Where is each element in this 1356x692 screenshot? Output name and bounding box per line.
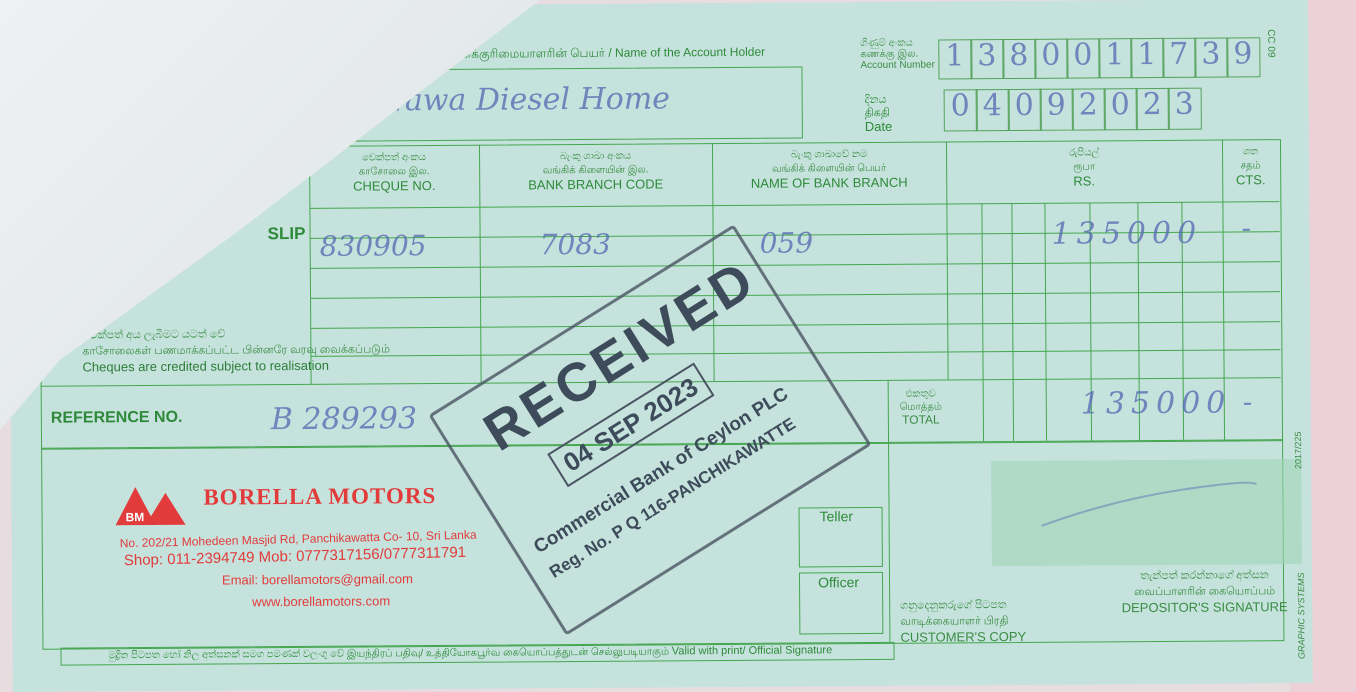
account-number-label: ගිණුම් අංකය கணக்கு இல. Account Number <box>860 38 935 72</box>
signature-scribble <box>1031 469 1261 541</box>
depositor-signature-label: තැන්පත් කරන්නාගේ අත්සනவைப்பாளரின் கையொப்… <box>1112 567 1297 616</box>
bm-logo: BM <box>115 483 165 525</box>
digit-box[interactable]: 1 <box>1098 38 1132 78</box>
digit-value: 3 <box>1175 87 1194 122</box>
merchant-web: www.borellamotors.com <box>252 593 390 609</box>
total-label: එකතුවமொத்தம்TOTAL <box>891 387 951 426</box>
digit-box[interactable]: 0 <box>1066 38 1100 78</box>
digit-value: 4 <box>983 88 1002 123</box>
digit-value: 1 <box>1105 37 1124 72</box>
digit-box[interactable]: 2 <box>1136 88 1170 130</box>
svg-text:BM: BM <box>126 510 145 524</box>
account-holder-label: கணக்குரிமையாளரின் பெயர் / Name of the Ac… <box>448 45 765 63</box>
teller-label: Teller <box>820 508 854 524</box>
total-cts-value: - <box>1243 385 1253 418</box>
total-rs-value: 135000 <box>1081 385 1232 421</box>
reference-label: REFERENCE NO. <box>51 409 183 428</box>
digit-box[interactable]: 0 <box>1008 89 1042 131</box>
col-header-cts: ශතசதம்CTS. <box>1222 145 1279 187</box>
merchant-email: Email: borellamotors@gmail.com <box>222 571 413 587</box>
printer-name: GRAPHIC SYSTEMS <box>1296 572 1307 659</box>
digit-value: 0 <box>1041 38 1060 73</box>
digit-value: 1 <box>945 38 964 73</box>
digit-box[interactable]: 2 <box>1072 88 1106 130</box>
date-field[interactable]: 04092023 <box>944 88 1200 130</box>
digit-box[interactable]: 4 <box>976 89 1010 131</box>
digit-value: 1 <box>1137 37 1156 72</box>
branch-code-value: 7083 <box>540 228 611 261</box>
digit-value: 7 <box>1169 37 1188 72</box>
digit-value: 2 <box>1143 87 1162 122</box>
col-header-rs: රුපියල්ரூபாRS. <box>946 146 1222 190</box>
digit-box[interactable]: 8 <box>1002 39 1036 79</box>
account-number-field[interactable]: 1380011739 <box>938 37 1258 77</box>
digit-box[interactable]: 0 <box>1034 39 1068 79</box>
officer-label: Officer <box>818 574 859 590</box>
reference-value: B 289293 <box>271 401 417 437</box>
col-header-branch-code: බැංකු ශාඛා අංකයவங்கிக் கிளையின் இல.BANK … <box>479 149 712 193</box>
col-header-branch-name: බැංකු ශාඛාවේ නමவங்கிக் கிளையின் பெயர்NAM… <box>712 147 946 191</box>
amount-rs-value: 135000 <box>1051 216 1202 252</box>
digit-value: 9 <box>1233 36 1252 71</box>
digit-box[interactable]: 1 <box>1130 38 1164 78</box>
digit-value: 0 <box>951 88 970 123</box>
credit-note: චෙක්පත් අය ලැබීමට යටත් වේ காசோலைகள் பணமா… <box>82 325 390 375</box>
print-code: 2017/225 <box>1293 431 1303 469</box>
digit-value: 0 <box>1073 37 1092 72</box>
digit-box[interactable]: 0 <box>1104 88 1138 130</box>
form-code: CC 09 <box>1265 29 1276 57</box>
digit-box[interactable]: 3 <box>1194 37 1228 77</box>
digit-box[interactable]: 9 <box>1040 89 1074 131</box>
digit-box[interactable]: 3 <box>970 39 1004 79</box>
customer-copy-label: ගනුදෙනුකරුගේ පිටපතவாடிக்கையாளர் பிரதிCUS… <box>900 597 1026 646</box>
branch-name-value: 059 <box>760 226 814 259</box>
digit-value: 9 <box>1047 88 1066 123</box>
digit-value: 8 <box>1009 38 1028 73</box>
merchant-name: BORELLA MOTORS <box>203 483 436 511</box>
digit-box[interactable]: 9 <box>1226 37 1260 77</box>
slip-title: SLIP <box>268 224 306 244</box>
cheque-no-value: 830905 <box>320 229 427 263</box>
digit-value: 0 <box>1015 88 1034 123</box>
digit-box[interactable]: 3 <box>1168 88 1202 130</box>
digit-box[interactable]: 1 <box>938 39 972 79</box>
digit-value: 3 <box>977 38 996 73</box>
digit-value: 3 <box>1201 37 1220 72</box>
amount-cts-value: - <box>1241 211 1251 244</box>
digit-value: 2 <box>1079 87 1098 122</box>
digit-box[interactable]: 7 <box>1162 38 1196 78</box>
date-label: දිනය திகதி Date <box>865 94 893 133</box>
digit-value: 0 <box>1111 87 1130 122</box>
digit-box[interactable]: 0 <box>944 89 978 131</box>
